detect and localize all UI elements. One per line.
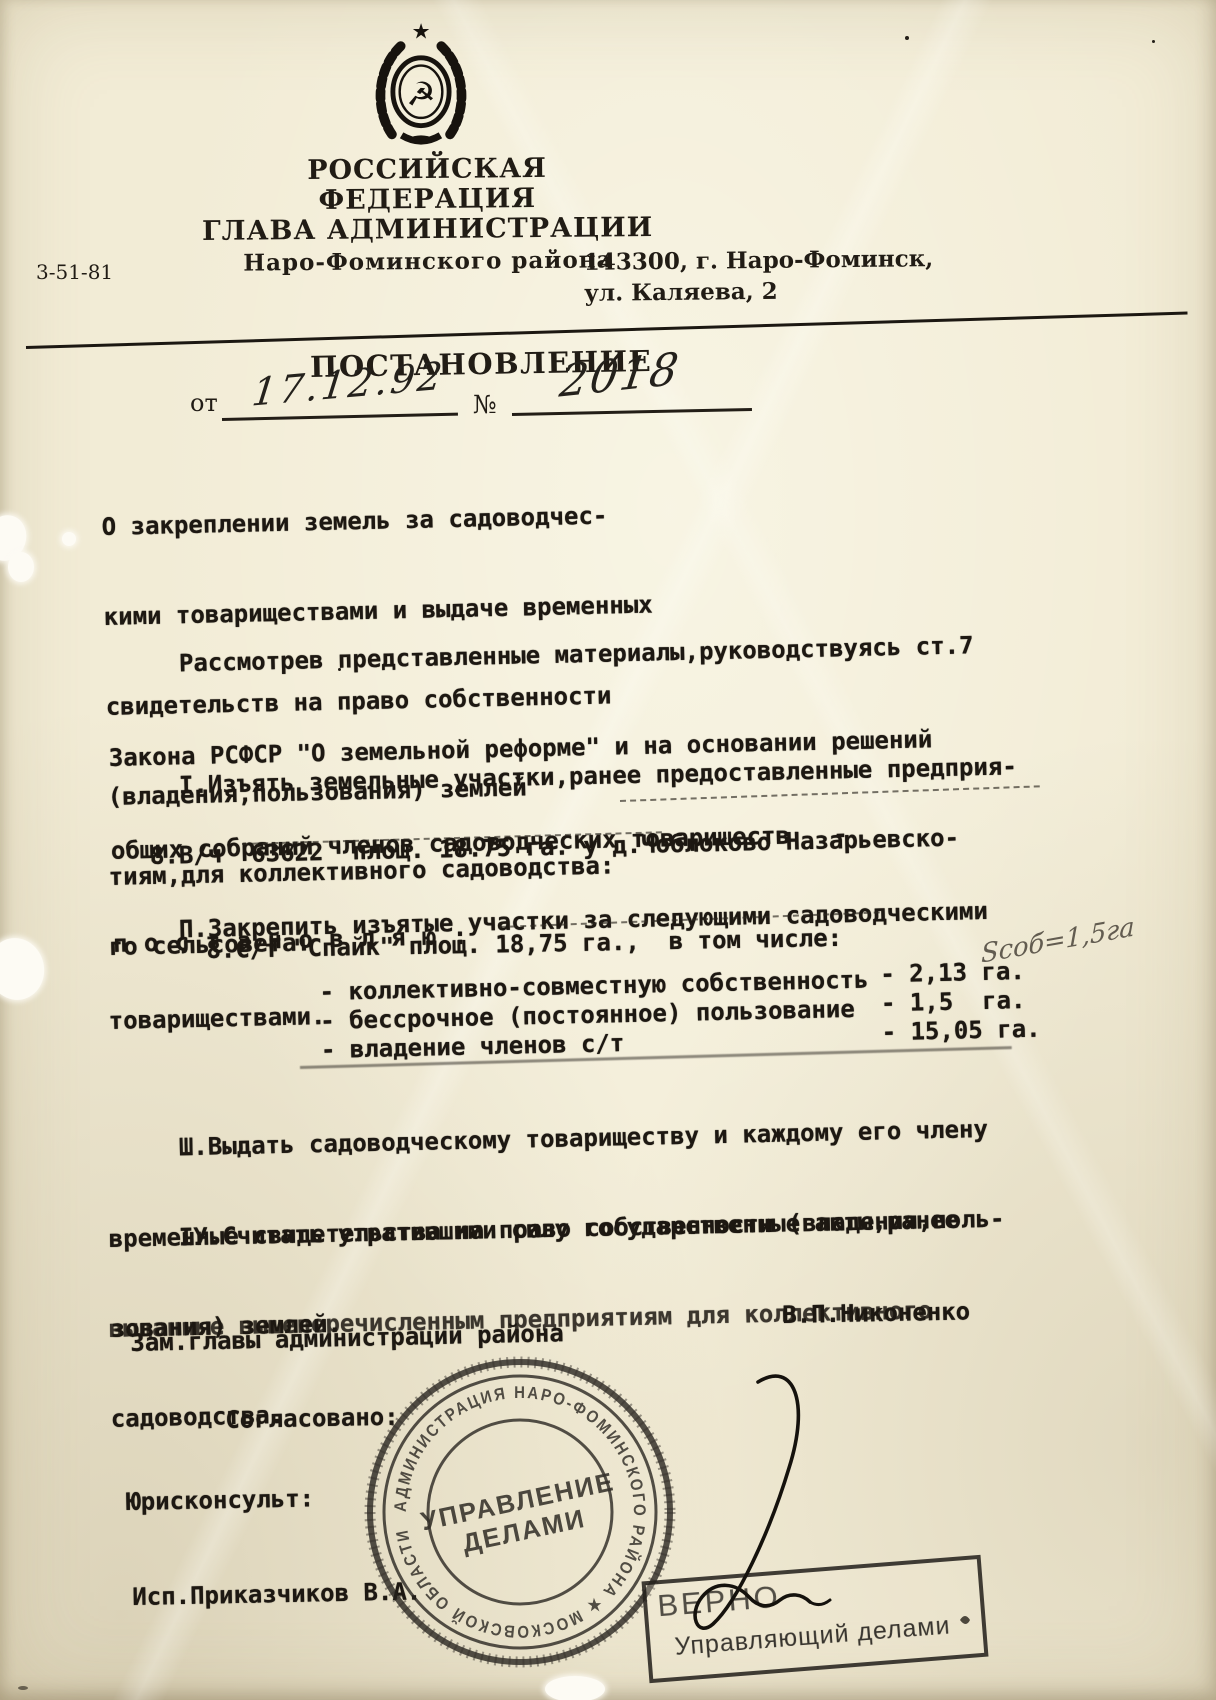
ink-speck [18, 1686, 28, 1690]
paper-tear [0, 933, 50, 1005]
number-label: № [473, 390, 497, 419]
letterhead-address: 143300, г. Наро-Фоминск, ул. Каляева, 2 [584, 243, 934, 309]
signer-name: В.П.Никоненко [782, 1296, 970, 1330]
paper-hole [62, 532, 76, 546]
item4-line: IУ.Считать утратившими силу государствен… [106, 1205, 959, 1254]
date-label: от [190, 389, 218, 417]
ref-number: 3-51-81 [36, 260, 113, 284]
verno-stamp: ВЕРНО Управляющий делами [642, 1555, 989, 1683]
handwritten-date: 17.12.92 [250, 353, 448, 414]
number-underline [512, 408, 752, 416]
round-official-stamp: АДМИНИСТРАЦИЯ НАРО-ФОМИНСКОГО РАЙОНА ★ М… [360, 1352, 680, 1672]
letterhead-country: РОССИЙСКАЯ ФЕДЕРАЦИЯ [194, 153, 660, 217]
legal-counsel-label: Юрисконсульт: [126, 1483, 314, 1517]
coat-of-arms-emblem: ★ ☭ [362, 20, 480, 146]
scanned-decree-document: ★ ☭ РОССИЙСКАЯ ФЕДЕРАЦИЯ ГЛАВА АДМИНИСТР… [0, 0, 1216, 1700]
address-line-2: ул. Каляева, 2 [584, 274, 934, 309]
letterhead-org: ГЛАВА АДМИНИСТРАЦИИ [195, 213, 660, 247]
ink-speck [338, 668, 341, 671]
allocation-value: - 2,13 га. [880, 956, 1025, 989]
address-line-1: 143300, г. Наро-Фоминск, [584, 243, 934, 278]
paper-tear [8, 552, 34, 582]
ink-speck [1152, 40, 1155, 43]
subject-line: О закреплении земель за садоводчес- [101, 500, 651, 542]
allocation-value: - 1,5 га. [881, 985, 1026, 1018]
header-divider [26, 312, 1188, 349]
svg-text:★: ★ [411, 20, 430, 44]
paper-tear [545, 1676, 605, 1700]
preamble-line: Рассмотрев представленные материалы,руко… [106, 630, 973, 681]
allocation-value: - 15,05 га. [881, 1014, 1041, 1048]
ink-speck [905, 36, 909, 40]
svg-text:☭: ☭ [406, 74, 436, 113]
verno-word: ВЕРНО [656, 1579, 782, 1625]
